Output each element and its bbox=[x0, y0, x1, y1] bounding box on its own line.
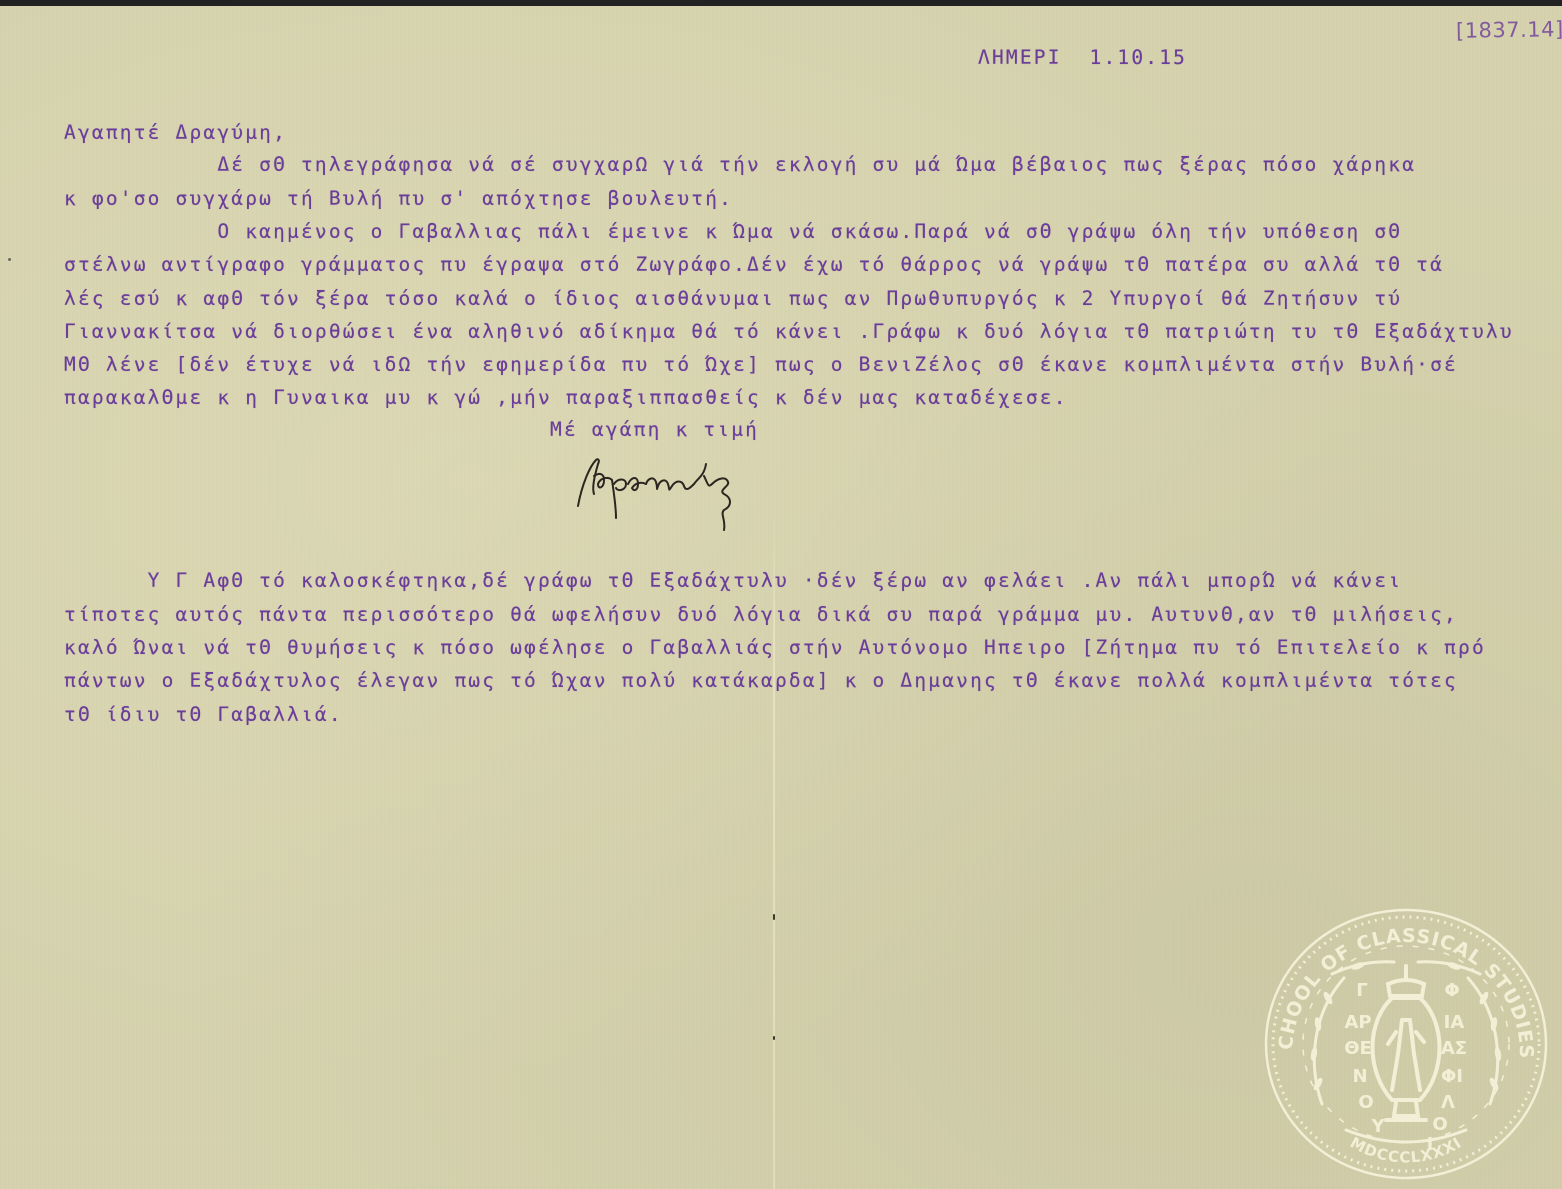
paper-speck bbox=[773, 1036, 775, 1040]
seal-letter: ΑΡ bbox=[1344, 1012, 1371, 1033]
seal-letter: Ο bbox=[1432, 1114, 1447, 1135]
body-line: Γιαννακίτσα νά διορθώσει ένα αληθινό αδί… bbox=[64, 320, 1514, 343]
place-date-line: ΛΗΜΕΡΙ 1.10.15 bbox=[978, 46, 1187, 69]
paper-speck bbox=[773, 914, 775, 920]
seal-year-text: MDCCCLXXXI bbox=[1347, 1133, 1465, 1166]
seal-letter: ΘΕ bbox=[1344, 1038, 1372, 1059]
body-line: στέλνω αντίγραφο γράμματος πυ έγραψα στό… bbox=[64, 253, 1444, 276]
body-line: Ο καημένος ο Γαβαλλιας πάλι έμεινε κ Ώμα… bbox=[64, 220, 1402, 243]
handwritten-signature bbox=[568, 454, 798, 554]
postscript-line: τΘ ίδιυ τΘ Γαβαλλιά. bbox=[64, 703, 343, 726]
closing-line: Μέ αγάπη κ τιμή bbox=[550, 418, 759, 441]
paper-speck bbox=[8, 258, 11, 261]
body-line: ΜΘ λένε [δέν έτυχε νά ιδΩ τήν εφημερίδα … bbox=[64, 353, 1458, 376]
postscript-line: Υ Γ ΑφΘ τό καλοσκέφτηκα,δέ γράφω τΘ Εξαδ… bbox=[64, 569, 1402, 592]
body-line: παρακαλΘμε κ η Γυναικα μυ κ γώ ,μήν παρα… bbox=[64, 386, 1068, 409]
institution-seal-watermark: AMERICAN SCHOOL OF CLASSICAL STUDIES AT … bbox=[1262, 904, 1550, 1180]
seal-letter: Ο bbox=[1358, 1092, 1373, 1113]
seal-letter: ΑΣ bbox=[1441, 1038, 1467, 1059]
seal-letter: Ν bbox=[1352, 1066, 1367, 1087]
seal-letter: Φ bbox=[1444, 980, 1459, 1001]
body-line: κ φο'σο συγχάρω τή Βυλή πυ σ' απόχτησε β… bbox=[64, 187, 733, 210]
postscript-line: τίποτες αυτός πάντα περισσότερο θά ωφελή… bbox=[64, 603, 1458, 626]
archive-reference-number: [1837.14] bbox=[1456, 17, 1562, 43]
body-line: λές εσύ κ αφΘ τόν ξέρα τόσο καλά ο ίδιος… bbox=[64, 287, 1402, 310]
seal-letter: ΦΙ bbox=[1441, 1066, 1463, 1087]
seal-letter: ΙΑ bbox=[1444, 1012, 1465, 1033]
svg-text:MDCCCLXXXI: MDCCCLXXXI bbox=[1347, 1133, 1465, 1166]
seal-letter: Λ bbox=[1441, 1092, 1455, 1113]
body-line: Δέ σΘ τηλεγράφησα νά σέ συγχαρΩ γιά τήν … bbox=[64, 153, 1416, 176]
seal-letter: Γ bbox=[1356, 980, 1367, 1001]
postscript-line: καλό Ώναι νά τΘ θυμήσεις κ πόσο ωφέλησε … bbox=[64, 636, 1486, 659]
postscript-line: πάντων ο Εξαδάχτυλος έλεγαν πως τό Ώχαν … bbox=[64, 669, 1458, 692]
salutation: Αγαπητέ Δραγύμη, bbox=[64, 121, 287, 144]
seal-letter: Υ bbox=[1370, 1116, 1385, 1137]
seal-letter: Ι bbox=[1427, 1134, 1434, 1155]
letter-page: [1837.14] ΛΗΜΕΡΙ 1.10.15 Αγαπητέ Δραγύμη… bbox=[0, 6, 1562, 1189]
